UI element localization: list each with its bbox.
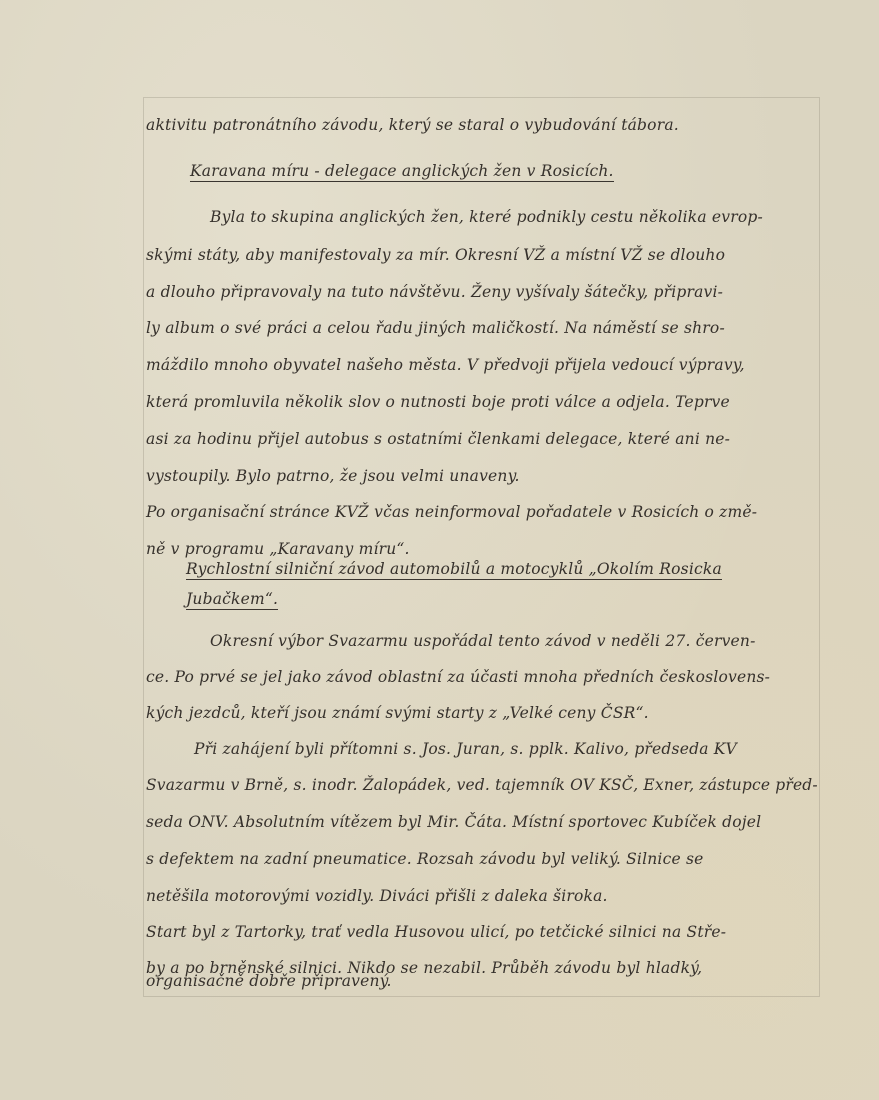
text-line-10: vystoupily. Bylo patrno, že jsou velmi u… [146,467,520,485]
section-heading-karavana-miru: Karavana míru - delegace anglických žen … [190,162,614,182]
text-line-20: seda ONV. Absolutním vítězem byl Mir. Čá… [146,813,761,831]
text-line-16: ce. Po prvé se jel jako závod oblastní z… [146,668,770,686]
text-line-5: a dlouho připravovaly na tuto návštěvu. … [146,283,723,301]
text-line-6: ly album o své práci a celou řadu jiných… [146,319,725,337]
text-line-12: ně v programu „Karavany míru“. [146,540,410,558]
text-line-1: aktivitu patronátního závodu, který se s… [146,116,746,134]
text-line-9: asi za hodinu přijel autobus s ostatními… [146,430,730,448]
text-line-22: netěšila motorovými vozidly. Diváci přiš… [146,887,608,905]
text-line-4: skými státy, aby manifestovaly za mír. O… [146,246,725,264]
text-line-7: máždilo mnoho obyvatel našeho města. V p… [146,356,745,374]
section-heading-rychlostni-zavod: Rychlostní silniční závod automobilů a m… [186,560,722,580]
text-line-18: Při zahájení byli přítomni s. Jos. Juran… [146,740,737,758]
text-line-15: Okresní výbor Svazarmu uspořádal tento z… [146,632,756,650]
text-line-8: která promluvila několik slov o nutnosti… [146,393,730,411]
paper-page: aktivitu patronátního závodu, který se s… [0,0,879,1100]
text-line-11: Po organisační stránce KVŽ včas neinform… [146,503,757,521]
text-line-19: Svazarmu v Brně, s. inodr. Žalopádek, ve… [146,776,818,794]
text-line-23: Start byl z Tartorky, trať vedla Husovou… [146,923,726,941]
section-heading-rychlostni-zavod-cont: Jubačkem“. [186,590,278,610]
text-line-3: Byla to skupina anglických žen, které po… [146,208,763,226]
text-line-25: organisačně dobře připravený. [146,972,392,990]
text-line-21: s defektem na zadní pneumatice. Rozsah z… [146,850,703,868]
text-line-17: kých jezdců, kteří jsou známí svými star… [146,704,649,722]
